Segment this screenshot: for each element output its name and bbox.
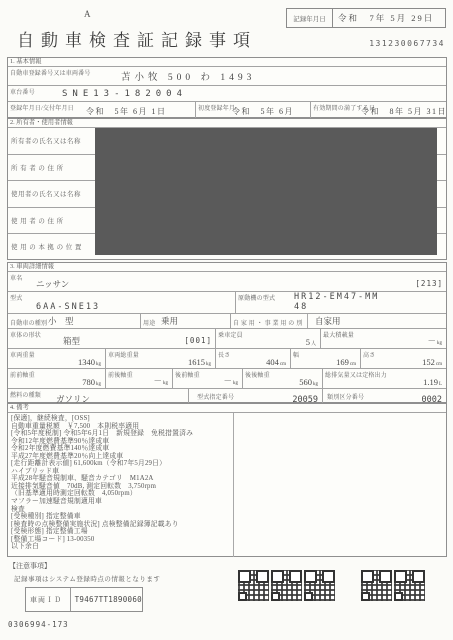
- axle-front-front-unit: kg: [96, 382, 101, 387]
- registration-date-cell: 登録年月日/交付年月日 令和 5年 6月 1日: [8, 102, 195, 119]
- axle-rear-rear-label: 後後軸重: [245, 370, 270, 379]
- height-number: 152: [422, 357, 435, 367]
- expiry-date-cell: 有効期間の満了する日 令和 8年 5月 31日: [310, 102, 446, 119]
- seating-capacity-label: 乗車定員: [218, 330, 243, 339]
- remark-line: [受検形態] 指定整備工場: [11, 528, 231, 536]
- redacted-personal-info-block: [95, 128, 437, 255]
- notice-title: 【注意事項】: [9, 561, 51, 571]
- record-date-label: 記録年月日: [287, 9, 333, 27]
- axle-front-front-label: 前前軸重: [10, 370, 35, 379]
- gross-weight-value: 1615kg: [188, 357, 211, 367]
- vehicle-weight-label: 車両重量: [10, 350, 35, 359]
- section-owner-user-info: 2. 所有者・使用者情報 所有者の氏名又は名称所 有 者 の 住 所使用者の氏名…: [7, 118, 447, 260]
- qr-code-1: [238, 570, 269, 601]
- private-business-cell: 自 家 用 ・ 事 業 用 の 別 自家用: [230, 314, 446, 328]
- expiry-date-value: 令和 8年 5月 31日: [361, 106, 447, 117]
- seating-capacity-cell: 乗車定員 5人: [215, 329, 320, 348]
- axle-rear-rear-number: 560: [299, 377, 312, 387]
- axle-front-rear-value: －kg: [153, 375, 168, 387]
- axle-front-rear-cell: 前後軸重 －kg: [105, 369, 172, 388]
- section-remarks-title: 4. 備考: [8, 404, 446, 412]
- remark-line: 検査: [11, 506, 231, 514]
- qr-code-3: [304, 570, 335, 601]
- vehicle-id-box: 車両ＩＤ T9467TT1890060: [25, 587, 143, 612]
- vehicle-category-value: 小 型: [48, 315, 74, 327]
- first-registration-value: 令和 5年 6月: [232, 106, 294, 117]
- width-cell: 幅 169cm: [290, 349, 360, 368]
- section-basic-info: 1. 基本情報 自動車登録番号又は車両番号 苫小牧 500 わ 1493 車台番…: [7, 57, 447, 118]
- length-label: 長さ: [218, 350, 230, 359]
- axle-weight-row: 前前軸重 780kg 前後軸重 －kg 後前軸重 －kg 後後軸重 560kg …: [8, 368, 446, 388]
- axle-rear-front-cell: 後前軸重 －kg: [172, 369, 242, 388]
- body-shape-cell: 車体の形状 箱型 [001]: [8, 329, 215, 348]
- first-registration-cell: 初度登録年月 令和 5年 6月: [195, 102, 310, 119]
- axle-rear-rear-value: 560kg: [299, 377, 318, 387]
- gross-weight-cell: 車両総重量 1615kg: [105, 349, 215, 368]
- body-shape-row: 車体の形状 箱型 [001] 乗車定員 5人 最大積載量 －kg: [8, 328, 446, 348]
- record-date-box: 記録年月日 令和 7年 5月 29日: [286, 8, 446, 28]
- displacement-unit: L: [439, 382, 442, 387]
- page-title: 自動車検査証記録事項: [17, 26, 257, 51]
- use-cell: 用途 乗用: [140, 314, 230, 328]
- engine-model-value-line2: 48: [294, 303, 379, 313]
- width-number: 169: [336, 357, 349, 367]
- chassis-number-label: 車台番号: [10, 87, 35, 96]
- section-vehicle-title: 3. 車両詳細情報: [8, 263, 446, 271]
- record-date-value: 令和 7年 5月 29日: [333, 9, 445, 27]
- remarks-box: [保適]，継続検査，[OSS]自動車重量税額 ￥7,500 本則税率適用[令和5…: [8, 412, 446, 557]
- vehicle-name-row: 車名 ニッサン [213]: [8, 271, 446, 291]
- axle-front-rear-label: 前後軸重: [108, 370, 133, 379]
- displacement-label: 総排気量又は定格出力: [325, 370, 387, 379]
- body-shape-code: [001]: [184, 336, 212, 345]
- width-label: 幅: [293, 350, 299, 359]
- height-cell: 高さ 152cm: [360, 349, 446, 368]
- vehicle-id-value: T9467TT1890060: [71, 588, 142, 611]
- axle-rear-front-label: 後前軸重: [175, 370, 200, 379]
- max-load-number: －: [427, 336, 436, 346]
- vehicle-weight-value: 1340kg: [78, 357, 101, 367]
- chassis-number-value: SNE13-182004: [62, 89, 187, 99]
- axle-rear-front-unit: kg: [233, 381, 238, 386]
- length-cell: 長さ 404cm: [215, 349, 290, 368]
- body-shape-value: 箱型: [63, 335, 80, 347]
- axle-rear-front-number: －: [223, 376, 232, 386]
- length-value: 404cm: [266, 357, 286, 367]
- seating-capacity-number: 5: [306, 337, 310, 347]
- axle-rear-rear-unit: kg: [313, 382, 318, 387]
- vehicle-name-label: 車名: [10, 273, 22, 282]
- registration-number-label: 自動車登録番号又は車両番号: [10, 68, 91, 77]
- page-corner-mark: A: [84, 9, 91, 19]
- axle-front-rear-number: －: [153, 376, 162, 386]
- remark-line: [保適]，継続検査，[OSS]: [11, 415, 231, 423]
- vehicle-name-code: [213]: [415, 279, 443, 288]
- section-vehicle-detail: 3. 車両詳細情報 車名 ニッサン [213] 型式 6AA-SNE13 原動機…: [7, 262, 447, 403]
- notice-text: 記録事項はシステム登録時点の情報となります: [14, 574, 160, 583]
- vehicle-inspection-record-document: A 自動車検査証記録事項 記録年月日 令和 7年 5月 29日 13123006…: [0, 0, 453, 640]
- axle-front-rear-unit: kg: [163, 381, 168, 386]
- vehicle-name-value: ニッサン: [36, 278, 69, 290]
- registration-number-row: 自動車登録番号又は車両番号 苫小牧 500 わ 1493: [8, 66, 446, 85]
- displacement-cell: 総排気量又は定格出力 1.19L: [322, 369, 446, 388]
- gross-weight-label: 車両総重量: [108, 350, 139, 359]
- registration-date-label: 登録年月日/交付年月日: [10, 103, 74, 112]
- height-label: 高さ: [363, 350, 375, 359]
- qr-code-5: [394, 570, 425, 601]
- model-value: 6AA-SNE13: [36, 302, 100, 312]
- qr-code-4: [361, 570, 392, 601]
- remark-line: （旧基準適用時測定回転数 4,050rpm）: [11, 490, 231, 498]
- remarks-empty-area: [234, 413, 446, 557]
- remark-line: [令和5年度税制] 令和5年6月1日 新規登録 免税措置済み: [11, 430, 231, 438]
- width-value: 169cm: [336, 357, 356, 367]
- engine-model-label: 原動機の型式: [238, 293, 275, 302]
- print-code: 0306994-173: [8, 620, 69, 629]
- private-business-value: 自家用: [315, 315, 341, 327]
- section-basic-title: 1. 基本情報: [8, 58, 446, 66]
- axle-front-front-value: 780kg: [82, 377, 101, 387]
- vehicle-category-label: 自動車の種別: [10, 318, 47, 327]
- vehicle-category-cell: 自動車の種別 小 型: [8, 314, 140, 328]
- model-label: 型式: [10, 293, 22, 302]
- remark-line: 以下余白: [11, 543, 231, 551]
- remark-line: マフラー加速騒音規制適用車: [11, 498, 231, 506]
- chassis-number-row: 車台番号 SNE13-182004: [8, 85, 446, 101]
- remark-line: [走行距離計表示値] 61,600km（令和7年5月29日）: [11, 460, 231, 468]
- length-unit: cm: [280, 362, 286, 367]
- height-unit: cm: [436, 362, 442, 367]
- remark-line: 平成28年騒音規制車、騒音カテゴリ M1A2A: [11, 475, 231, 483]
- length-number: 404: [266, 357, 279, 367]
- displacement-number: 1.19: [423, 377, 438, 387]
- first-registration-label: 初度登録年月: [198, 103, 235, 112]
- width-unit: cm: [350, 362, 356, 367]
- axle-front-front-cell: 前前軸重 780kg: [8, 369, 105, 388]
- engine-model-cell: 原動機の型式 HR12-EM47-MM 48: [235, 292, 446, 313]
- vehicle-id-label: 車両ＩＤ: [26, 588, 71, 611]
- cell-divider: [307, 314, 308, 328]
- remark-line: [整備工場コード] 13-00350: [11, 536, 231, 544]
- vehicle-weight-number: 1340: [78, 357, 95, 367]
- category-use-row: 自動車の種別 小 型 用途 乗用 自 家 用 ・ 事 業 用 の 別 自家用: [8, 313, 446, 328]
- registration-number-value: 苫小牧 500 わ 1493: [121, 69, 255, 83]
- remark-line: 自動車重量税額 ￥7,500 本則税率適用: [11, 423, 231, 431]
- type-designation-label: 型式指定番号: [197, 392, 234, 401]
- remark-line: 令和2年度燃費基準140％達成車: [11, 445, 231, 453]
- use-value: 乗用: [161, 315, 178, 327]
- qr-code-2: [271, 570, 302, 601]
- vehicle-weight-unit: kg: [96, 362, 101, 367]
- max-load-label: 最大積載量: [323, 330, 354, 339]
- vehicle-weight-cell: 車両重量 1340kg: [8, 349, 105, 368]
- seating-capacity-value: 5人: [306, 337, 316, 347]
- fuel-type-label: 燃料の種類: [10, 390, 41, 399]
- seating-capacity-unit: 人: [311, 342, 316, 347]
- axle-rear-front-value: －kg: [223, 375, 238, 387]
- class-number-label: 類別区分番号: [327, 392, 364, 401]
- max-load-unit: kg: [437, 341, 442, 346]
- height-value: 152cm: [422, 357, 442, 367]
- axle-front-front-number: 780: [82, 377, 95, 387]
- weight-dimensions-row: 車両重量 1340kg 車両総重量 1615kg 長さ 404cm 幅 169c…: [8, 348, 446, 368]
- body-shape-label: 車体の形状: [10, 330, 41, 339]
- max-load-value: －kg: [427, 335, 442, 347]
- remarks-lines: [保適]，継続検査，[OSS]自動車重量税額 ￥7,500 本則税率適用[令和5…: [8, 413, 234, 557]
- model-cell: 型式 6AA-SNE13: [8, 292, 235, 313]
- axle-rear-rear-cell: 後後軸重 560kg: [242, 369, 322, 388]
- section-owner-title: 2. 所有者・使用者情報: [8, 119, 446, 127]
- displacement-value: 1.19L: [423, 377, 442, 387]
- engine-model-value: HR12-EM47-MM 48: [294, 293, 379, 312]
- gross-weight-number: 1615: [188, 357, 205, 367]
- private-business-label: 自 家 用 ・ 事 業 用 の 別: [233, 318, 302, 327]
- gross-weight-unit: kg: [206, 362, 211, 367]
- remark-line: [受検種別] 指定整備車: [11, 513, 231, 521]
- use-label: 用途: [143, 318, 155, 327]
- model-engine-row: 型式 6AA-SNE13 原動機の型式 HR12-EM47-MM 48: [8, 291, 446, 313]
- registration-date-value: 令和 5年 6月 1日: [86, 106, 167, 117]
- dates-row: 登録年月日/交付年月日 令和 5年 6月 1日 初度登録年月 令和 5年 6月 …: [8, 101, 446, 119]
- document-number: 131230067734: [369, 39, 445, 48]
- section-remarks: 4. 備考 [保適]，継続検査，[OSS]自動車重量税額 ￥7,500 本則税率…: [7, 403, 447, 557]
- max-load-cell: 最大積載量 －kg: [320, 329, 446, 348]
